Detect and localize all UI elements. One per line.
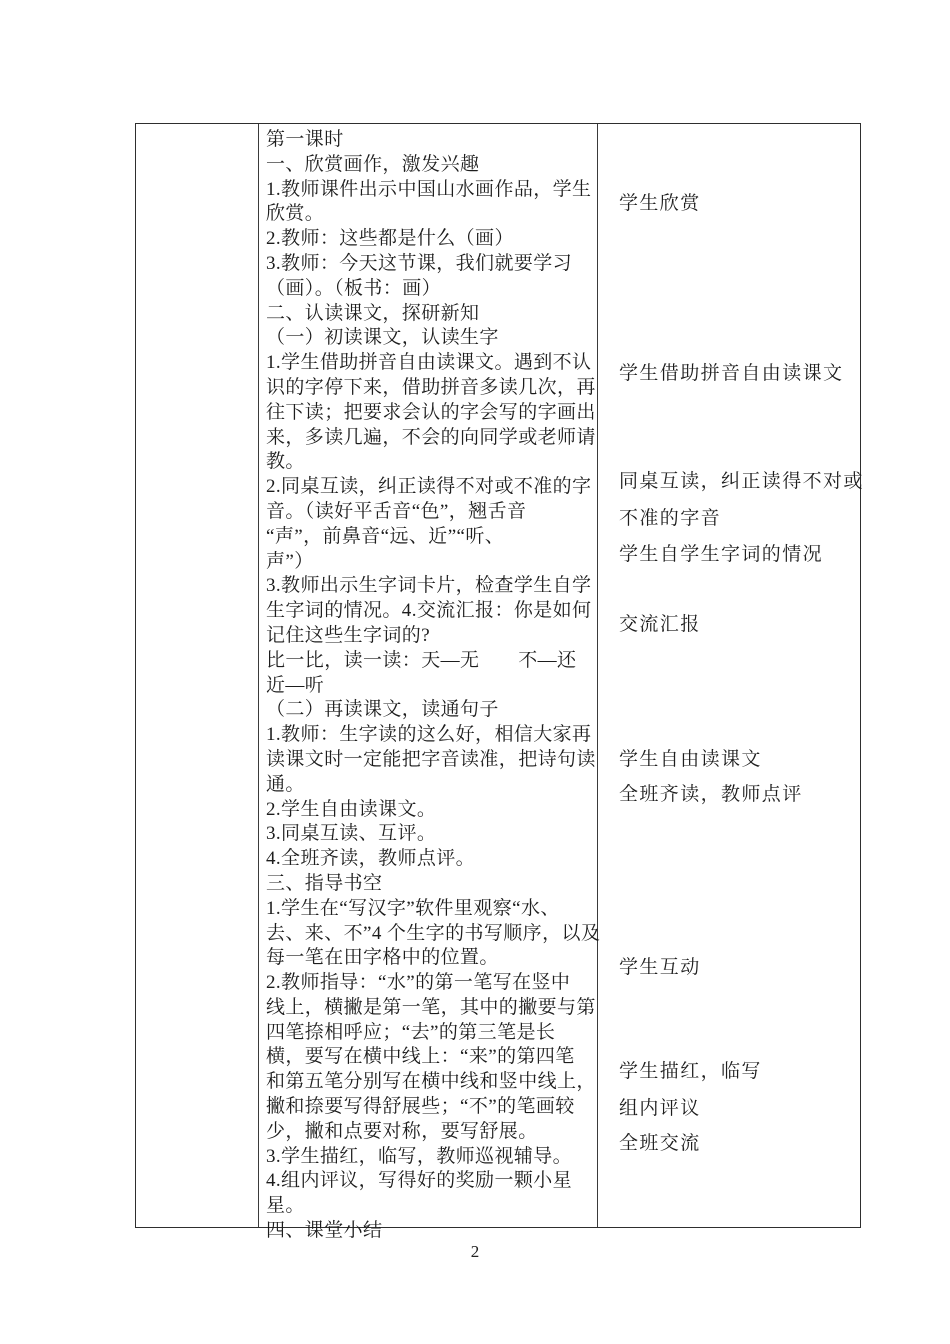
margin-note: 学生借助拼音自由读课文: [619, 358, 843, 385]
margin-note: 学生欣赏: [619, 188, 701, 215]
text-line: 去、来、不”4 个生字的书写顺序，以及: [266, 922, 602, 947]
text-line: “声”，前鼻音“远、近”“听、: [266, 525, 602, 550]
text-line: 2.学生自由读课文。: [266, 798, 602, 823]
margin-note: 组内评议: [619, 1093, 701, 1120]
text-line: 横，要写在横中线上：“来”的第四笔: [266, 1045, 602, 1070]
margin-note: 不准的字音: [619, 503, 721, 530]
lesson-steps-column: 第一课时一、欣赏画作，激发兴趣1.教师课件出示中国山水画作品，学生欣赏。2.教师…: [266, 128, 602, 1244]
text-line: 音。（读好平舌音“色”，翘舌音: [266, 500, 602, 525]
text-line: 欣赏。: [266, 202, 602, 227]
text-line: 4.全班齐读，教师点评。: [266, 847, 602, 872]
text-line: 识的字停下来，借助拼音多读几次，再: [266, 376, 602, 401]
margin-notes-column: 学生欣赏学生借助拼音自由读课文同桌互读，纠正读得不对或不准的字音学生自学生字词的…: [608, 124, 870, 1227]
margin-note: 学生自由读课文: [619, 744, 762, 771]
text-line: 记住这些生字词的?: [266, 624, 602, 649]
text-line: 星。: [266, 1194, 602, 1219]
text-line: 2.教师：这些都是什么（画）: [266, 227, 602, 252]
text-line: 3.教师：今天这节课，我们就要学习: [266, 252, 602, 277]
margin-note: 全班交流: [619, 1128, 701, 1155]
text-line: 3.学生描红，临写，教师巡视辅导。: [266, 1145, 602, 1170]
text-line: 四、课堂小结: [266, 1219, 602, 1244]
text-line: 声”）: [266, 550, 602, 575]
text-line: 1.学生在“写汉字”软件里观察“水、: [266, 897, 602, 922]
text-line: 近—听: [266, 674, 602, 699]
text-line: 往下读；把要求会认的字会写的字画出: [266, 401, 602, 426]
text-line: （画）。（板书：画）: [266, 277, 602, 302]
margin-note: 学生描红，临写: [619, 1056, 762, 1083]
text-line: 少，撇和点要对称，要写舒展。: [266, 1120, 602, 1145]
text-line: 3.同桌互读、互评。: [266, 822, 602, 847]
text-line: 教。: [266, 450, 602, 475]
margin-note: 学生互动: [619, 952, 701, 979]
text-line: 1.学生借助拼音自由读课文。遇到不认: [266, 351, 602, 376]
margin-note: 学生自学生字词的情况: [619, 539, 823, 566]
text-line: 比一比，读一读：天—无 不—还: [266, 649, 602, 674]
table-column-divider-left: [258, 124, 259, 1227]
text-line: 每一笔在田字格中的位置。: [266, 946, 602, 971]
text-line: 一、欣赏画作，激发兴趣: [266, 153, 602, 178]
text-line: 1.教师课件出示中国山水画作品，学生: [266, 178, 602, 203]
text-line: 读课文时一定能把字音读准，把诗句读: [266, 748, 602, 773]
text-line: 来，多读几遍，不会的向同学或老师请: [266, 426, 602, 451]
text-line: 二、认读课文，探研新知: [266, 302, 602, 327]
text-line: 2.教师指导：“水”的第一笔写在竖中: [266, 971, 602, 996]
margin-note: 同桌互读，纠正读得不对或: [619, 466, 864, 493]
text-line: 和第五笔分别写在横中线和竖中线上，: [266, 1070, 602, 1095]
text-line: 生字词的情况。4.交流汇报：你是如何: [266, 599, 602, 624]
document-page: 第一课时一、欣赏画作，激发兴趣1.教师课件出示中国山水画作品，学生欣赏。2.教师…: [0, 0, 950, 1344]
margin-note: 全班齐读，教师点评: [619, 779, 803, 806]
text-line: （二）再读课文，读通句子: [266, 698, 602, 723]
text-line: （一）初读课文，认读生字: [266, 326, 602, 351]
text-line: 通。: [266, 773, 602, 798]
text-line: 线上，横撇是第一笔，其中的撇要与第: [266, 996, 602, 1021]
lesson-plan-table: 第一课时一、欣赏画作，激发兴趣1.教师课件出示中国山水画作品，学生欣赏。2.教师…: [135, 123, 861, 1228]
text-line: 3.教师出示生字词卡片，检查学生自学: [266, 574, 602, 599]
text-line: 撇和捺要写得舒展些；“不”的笔画较: [266, 1095, 602, 1120]
page-number: 2: [0, 1242, 950, 1262]
text-line: 2.同桌互读，纠正读得不对或不准的字: [266, 475, 602, 500]
margin-note: 交流汇报: [619, 609, 701, 636]
text-line: 三、指导书空: [266, 872, 602, 897]
text-line: 1.教师：生字读的这么好，相信大家再: [266, 723, 602, 748]
text-line: 四笔捺相呼应；“去”的第三笔是长: [266, 1021, 602, 1046]
text-line: 第一课时: [266, 128, 602, 153]
text-line: 4.组内评议，写得好的奖励一颗小星: [266, 1169, 602, 1194]
